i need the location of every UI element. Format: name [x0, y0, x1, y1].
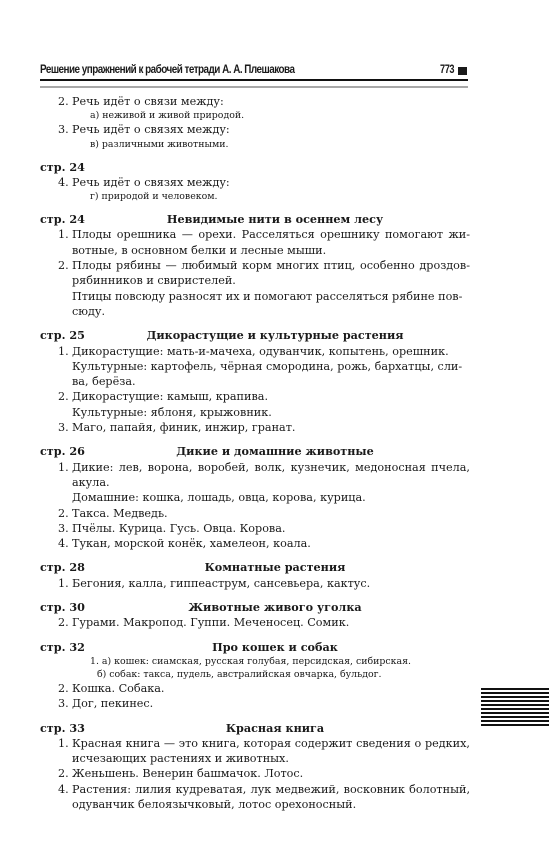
section-p30: стр. 30Животные живого уголка2.Гурами. М… [40, 600, 470, 631]
section-stripes-icon [481, 688, 549, 726]
stripe [481, 688, 549, 690]
header-rule-grey [40, 86, 468, 88]
answer-item: 1.Дикорастущие: мать-и-мачеха, одуванчик… [40, 344, 470, 359]
item-text: Пчёлы. Курица. Гусь. Овца. Корова. [72, 522, 285, 535]
stripe [481, 700, 549, 702]
section-heading: стр. 33Красная книга [40, 721, 470, 736]
section-p26: стр. 26Дикие и домашние животные1.Дикие:… [40, 444, 470, 551]
answer-item: 4.Речь идёт о связях между: [40, 175, 470, 190]
item-number: 2. [58, 766, 69, 781]
section-p24b: стр. 24Невидимые нити в осеннем лесу1.Пл… [40, 212, 470, 319]
stripe [481, 692, 549, 694]
answer-item: 1.Дикие: лев, ворона, воробей, волк, куз… [40, 460, 470, 491]
sub-answer: а) неживой и живой природой. [40, 109, 470, 122]
item-text: Плоды рябины — любимый корм многих птиц,… [72, 259, 470, 287]
answer-item: 1.Бегония, калла, гиппеаструм, сансевьер… [40, 576, 470, 591]
item-text: Тукан, морской конёк, хамелеон, коала. [72, 537, 311, 550]
page-marker-square-icon [458, 67, 467, 75]
item-text: Дикорастущие: камыш, крапива. [72, 390, 268, 403]
item-number: 3. [58, 521, 69, 536]
section-title: Красная книга [40, 721, 470, 736]
stripe [481, 696, 549, 698]
stripe [481, 712, 549, 714]
section-heading: стр. 30Животные живого уголка [40, 600, 470, 615]
item-text: Речь идёт о связях между: [72, 176, 230, 189]
item-number: 1. [58, 736, 69, 751]
item-number: 1. [58, 227, 69, 242]
item-continuation: Культурные: яблоня, крыжовник. [40, 405, 470, 420]
section-heading: стр. 32Про кошек и собак [40, 640, 470, 655]
item-text: Речь идёт о связях между: [72, 123, 230, 136]
answer-item: 1.Плоды орешника — орехи. Расселяться ор… [40, 227, 470, 258]
item-number: 3. [58, 696, 69, 711]
sub-answer: б) собак: такса, пудель, австралийская о… [40, 668, 470, 681]
item-number: 4. [58, 175, 69, 190]
section-title: Дикорастущие и культурные растения [40, 328, 470, 343]
item-number: 3. [58, 122, 69, 137]
item-number: 4. [58, 782, 69, 797]
section-p25: стр. 25Дикорастущие и культурные растени… [40, 328, 470, 435]
item-number: 3. [58, 420, 69, 435]
item-number: 1. [58, 460, 69, 475]
section-p32: стр. 32Про кошек и собак1. а) кошек: сиа… [40, 640, 470, 712]
item-number: 2. [58, 506, 69, 521]
answer-item: 2.Кошка. Собака. [40, 681, 470, 696]
stripe [481, 720, 549, 722]
item-text: Растения: лилия кудреватая, лук медвежий… [72, 783, 470, 811]
answer-item: 2.Плоды рябины — любимый корм многих пти… [40, 258, 470, 289]
book-page: Решение упражнений к рабочей тетради А. … [0, 0, 559, 856]
section-page-ref: стр. 24 [40, 160, 85, 175]
section-p24a: стр. 244.Речь идёт о связях между:г) при… [40, 160, 470, 204]
item-number: 1. [58, 344, 69, 359]
answer-item: 2.Гурами. Макропод. Гуппи. Меченосец. Со… [40, 615, 470, 630]
item-text: Бегония, калла, гиппеаструм, сансевьера,… [72, 577, 370, 590]
answer-item: 1.Красная книга — это книга, которая сод… [40, 736, 470, 767]
section-title: Животные живого уголка [40, 600, 470, 615]
item-text: Такса. Медведь. [72, 507, 168, 520]
item-text: Маго, папайя, финик, инжир, гранат. [72, 421, 295, 434]
answer-item: 2.Такса. Медведь. [40, 506, 470, 521]
item-number: 1. [58, 576, 69, 591]
item-number: 2. [58, 389, 69, 404]
stripe [481, 724, 549, 726]
sub-answer: в) различными животными. [40, 138, 470, 151]
section-intro: 2.Речь идёт о связи между:а) неживой и ж… [40, 94, 470, 151]
section-heading: стр. 28Комнатные растения [40, 560, 470, 575]
stripe [481, 708, 549, 710]
answer-item: 3.Дог, пекинес. [40, 696, 470, 711]
page-number: 773 [440, 64, 454, 76]
item-continuation: Домашние: кошка, лошадь, овца, корова, к… [40, 490, 470, 505]
item-text: Дикорастущие: мать-и-мачеха, одуванчик, … [72, 345, 449, 358]
answer-item: 2.Женьшень. Венерин башмачок. Лотос. [40, 766, 470, 781]
section-title: Невидимые нити в осеннем лесу [40, 212, 470, 227]
stripe [481, 716, 549, 718]
section-title: Дикие и домашние животные [40, 444, 470, 459]
item-text: Женьшень. Венерин башмачок. Лотос. [72, 767, 303, 780]
section-p33: стр. 33Красная книга1.Красная книга — эт… [40, 721, 470, 813]
section-title: Комнатные растения [40, 560, 470, 575]
item-number: 4. [58, 536, 69, 551]
item-continuation: Культурные: картофель, чёрная смородина,… [40, 359, 470, 390]
answer-item: 4.Растения: лилия кудреватая, лук медвеж… [40, 782, 470, 813]
section-p28: стр. 28Комнатные растения1.Бегония, калл… [40, 560, 470, 591]
item-number: 2. [58, 615, 69, 630]
answer-item: 2.Дикорастущие: камыш, крапива. [40, 389, 470, 404]
item-text: Речь идёт о связи между: [72, 95, 224, 108]
header-rule-black [40, 79, 468, 81]
item-number: 2. [58, 94, 69, 109]
item-text: Дикие: лев, ворона, воробей, волк, кузне… [72, 461, 470, 489]
answer-item: 3.Речь идёт о связях между: [40, 122, 470, 137]
item-text: Красная книга — это книга, которая содер… [72, 737, 470, 765]
answer-item: 4.Тукан, морской конёк, хамелеон, коала. [40, 536, 470, 551]
section-heading: стр. 24 [40, 160, 470, 175]
answer-item: 3.Маго, папайя, финик, инжир, гранат. [40, 420, 470, 435]
item-continuation: Птицы повсюду разносят их и помогают рас… [40, 289, 470, 320]
item-text: Гурами. Макропод. Гуппи. Меченосец. Соми… [72, 616, 349, 629]
item-text: Плоды орешника — орехи. Расселяться ореш… [72, 228, 470, 256]
stripe [481, 704, 549, 706]
item-number: 2. [58, 258, 69, 273]
section-title: Про кошек и собак [40, 640, 470, 655]
sub-answer: г) природой и человеком. [40, 190, 470, 203]
sub-answer: 1. а) кошек: сиамская, русская голубая, … [40, 655, 470, 668]
answer-item: 3.Пчёлы. Курица. Гусь. Овца. Корова. [40, 521, 470, 536]
item-text: Кошка. Собака. [72, 682, 165, 695]
running-title: Решение упражнений к рабочей тетради А. … [40, 64, 408, 78]
section-heading: стр. 26Дикие и домашние животные [40, 444, 470, 459]
page-content: 2.Речь идёт о связи между:а) неживой и ж… [40, 94, 470, 821]
section-heading: стр. 24Невидимые нити в осеннем лесу [40, 212, 470, 227]
item-number: 2. [58, 681, 69, 696]
section-heading: стр. 25Дикорастущие и культурные растени… [40, 328, 470, 343]
answer-item: 2.Речь идёт о связи между: [40, 94, 470, 109]
item-text: Дог, пекинес. [72, 697, 153, 710]
